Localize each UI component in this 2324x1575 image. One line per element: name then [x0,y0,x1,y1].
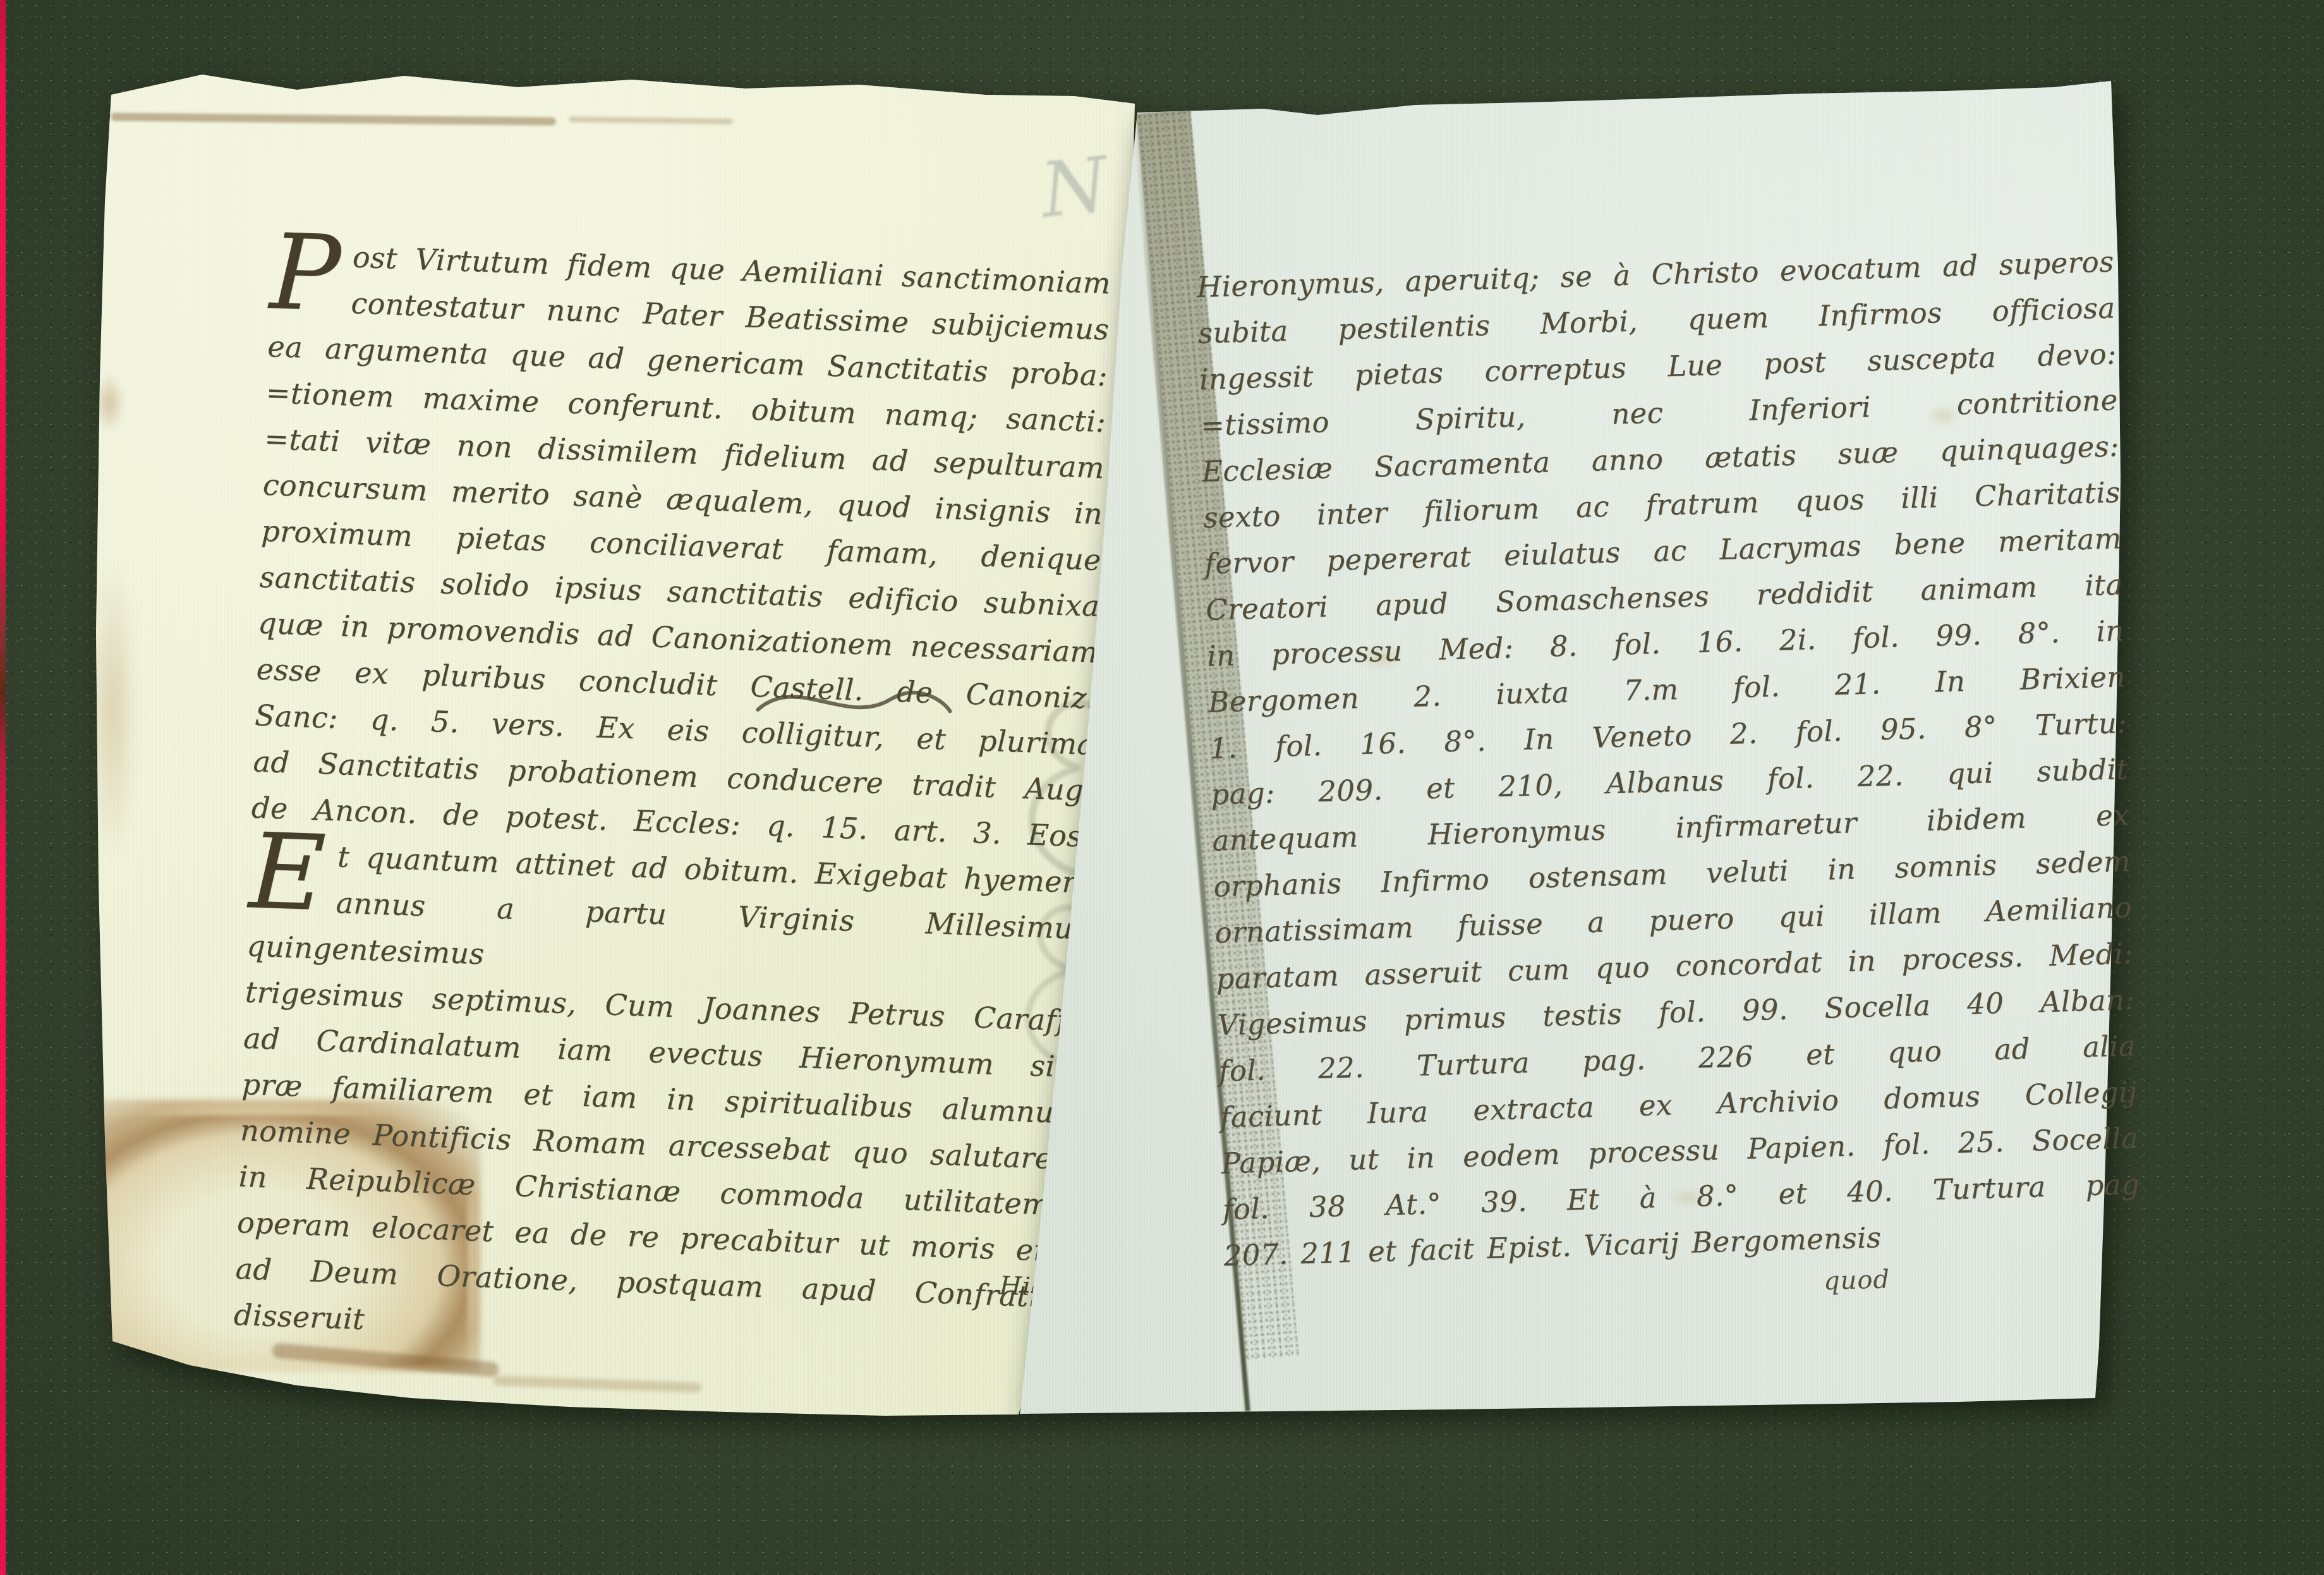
right-page-text-block: Hieronymus, aperuitq; se à Christo evoca… [1196,238,2141,1279]
manuscript-photograph: N Post Virtutum fidem que Aemiliani sanc… [0,0,2324,1575]
catchword: quod [1823,1267,1890,1294]
